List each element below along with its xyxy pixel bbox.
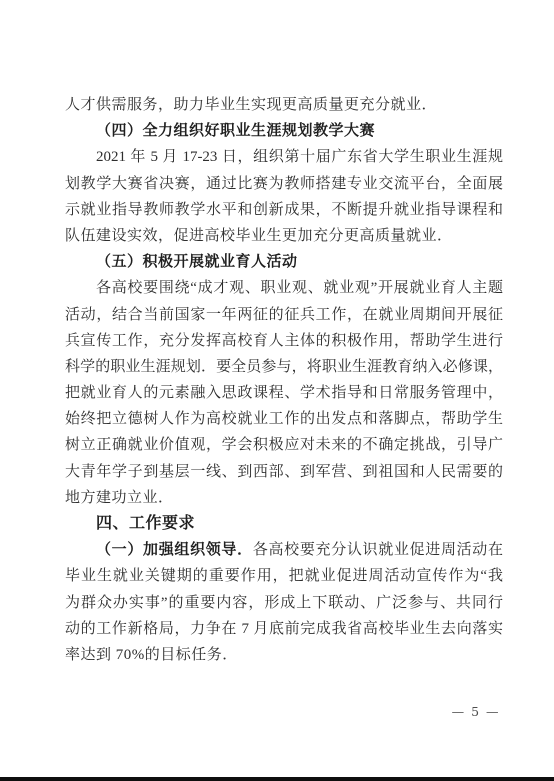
text-line: 2021 年 5 月 17-23 日，组织第十届广东省大学生职业生涯规 [65,144,503,170]
body-text: 动的工作新格局，力争在 7 月底前完成我省高校毕业生去向落实 [65,621,503,637]
text-line: 人才供需服务，助力毕业生实现更高质量更充分就业． [65,92,503,118]
body-text: 2021 年 5 月 17-23 日，组织第十届广东省大学生职业生涯规 [96,149,503,165]
bold-text: （一）加强组织领导． [96,542,253,558]
body-text: 科学的职业生涯规划．要全员参与，将职业生涯教育纳入必修课， [65,359,503,375]
text-line: 地方建功立业． [65,485,503,511]
scan-bottom-edge [0,777,554,781]
text-line: 活动，结合当前国家一年两征的征兵工作，在就业周期间开展征 [65,302,503,328]
page-number: — 5 — [452,704,500,719]
text-line: 各高校要围绕“成才观、职业观、就业观”开展就业育人主题 [65,275,503,301]
body-text: 地方建功立业． [65,490,174,506]
body-text: 划教学大赛省决赛，通过比赛为教师搭建专业交流平台，全面展 [65,176,503,192]
body-text: 各高校要充分认识就业促进周活动在 [253,542,503,558]
text-line: 科学的职业生涯规划．要全员参与，将职业生涯教育纳入必修课， [65,354,503,380]
text-line: 划教学大赛省决赛，通过比赛为教师搭建专业交流平台，全面展 [65,171,503,197]
body-text: 人才供需服务，助力毕业生实现更高质量更充分就业． [65,97,437,113]
text-line: 动的工作新格局，力争在 7 月底前完成我省高校毕业生去向落实 [65,616,503,642]
body-text: 大青年学子到基层一线、到西部、到军营、到祖国和人民需要的 [65,464,503,480]
body-text: 各高校要围绕“成才观、职业观、就业观”开展就业育人主题 [96,280,503,296]
text-line: 队伍建设实效，促进高校毕业生更加充分更高质量就业． [65,223,503,249]
body-text: 示就业指导教师教学水平和创新成果，不断提升就业指导课程和 [65,202,503,218]
text-line: 毕业生就业关键期的重要作用，把就业促进周活动宣传作为“我 [65,563,503,589]
document-body: 人才供需服务，助力毕业生实现更高质量更充分就业．（四）全力组织好职业生涯规划教学… [65,92,503,668]
text-line: 树立正确就业价值观，学会积极应对未来的不确定挑战，引导广 [65,432,503,458]
bold-text: （五）积极开展就业育人活动 [96,254,298,270]
text-line: （四）全力组织好职业生涯规划教学大赛 [65,118,503,144]
body-text: 为群众办实事”的重要内容，形成上下联动、广泛参与、共同行 [65,595,503,611]
body-text: 率达到 70%的目标任务． [65,647,238,663]
body-text: 队伍建设实效，促进高校毕业生更加充分更高质量就业． [65,228,453,244]
document-page: 人才供需服务，助力毕业生实现更高质量更充分就业．（四）全力组织好职业生涯规划教学… [0,0,554,781]
text-line: （五）积极开展就业育人活动 [65,249,503,275]
text-line: （一）加强组织领导．各高校要充分认识就业促进周活动在 [65,537,503,563]
text-line: 始终把立德树人作为高校就业工作的出发点和落脚点，帮助学生 [65,406,503,432]
body-text: 毕业生就业关键期的重要作用，把就业促进周活动宣传作为“我 [65,568,503,584]
bold-text: （四）全力组织好职业生涯规划教学大赛 [96,123,375,139]
text-line: 为群众办实事”的重要内容，形成上下联动、广泛参与、共同行 [65,590,503,616]
body-text: 始终把立德树人作为高校就业工作的出发点和落脚点，帮助学生 [65,411,503,427]
text-line: 率达到 70%的目标任务． [65,642,503,668]
body-text: 把就业育人的元素融入思政课程、学术指导和日常服务管理中， [65,385,503,401]
text-line: 示就业指导教师教学水平和创新成果，不断提升就业指导课程和 [65,197,503,223]
text-line: 把就业育人的元素融入思政课程、学术指导和日常服务管理中， [65,380,503,406]
text-line: 大青年学子到基层一线、到西部、到军营、到祖国和人民需要的 [65,459,503,485]
body-text: 活动，结合当前国家一年两征的征兵工作，在就业周期间开展征 [65,307,503,323]
body-text: 兵宣传工作，充分发挥高校育人主体的积极作用，帮助学生进行 [65,333,503,349]
text-line: 四、工作要求 [65,511,503,537]
bold-text: 四、工作要求 [96,515,195,532]
body-text: 树立正确就业价值观，学会积极应对未来的不确定挑战，引导广 [65,437,503,453]
text-line: 兵宣传工作，充分发挥高校育人主体的积极作用，帮助学生进行 [65,328,503,354]
